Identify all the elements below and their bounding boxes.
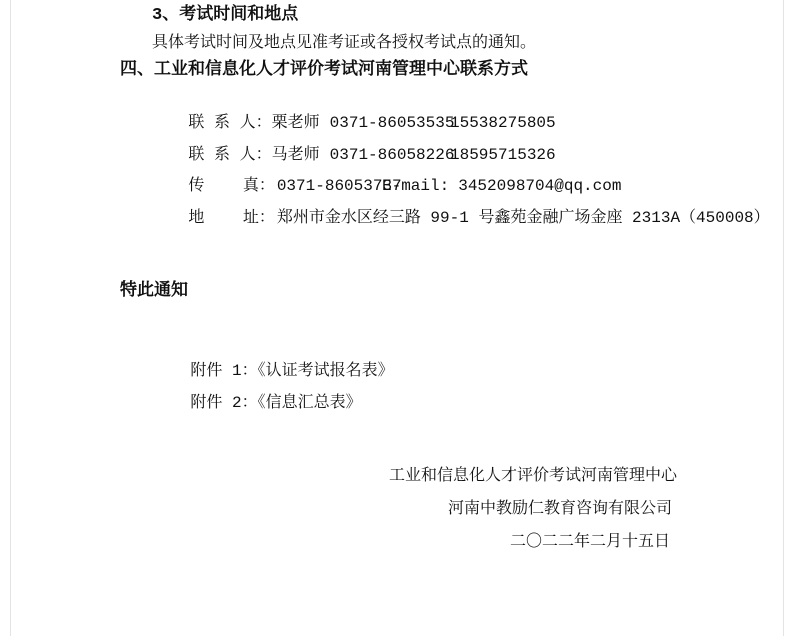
heading-contact-section: 四、工业和信息化人才评价考试河南管理中心联系方式 bbox=[120, 61, 528, 80]
signature-org-line-1: 工业和信息化人才评价考试河南管理中心 bbox=[389, 467, 677, 486]
page-left-edge-line bbox=[10, 0, 11, 636]
heading-exam-time-location: 3、考试时间和地点 bbox=[152, 6, 298, 25]
document-page: 3、考试时间和地点 具体考试时间及地点见准考证或各授权考试点的通知。 四、工业和… bbox=[0, 0, 794, 636]
signature-org-line-2: 河南中教励仁教育咨询有限公司 bbox=[448, 500, 672, 519]
signature-date: 二〇二二年二月十五日 bbox=[510, 533, 670, 552]
attachment-2-title: 《信息汇总表》 bbox=[258, 394, 362, 412]
address-row: 地 址：郑州市金水区经三路 99-1 号鑫苑金融广场金座 2313A（45000… bbox=[150, 190, 710, 247]
attachment-2: 附件 2：《信息汇总表》 bbox=[152, 375, 362, 432]
address-value: 郑州市金水区经三路 99-1 号鑫苑金融广场金座 2313A（450008） bbox=[277, 209, 770, 227]
exam-time-location-body: 具体考试时间及地点见准考证或各授权考试点的通知。 bbox=[152, 34, 536, 53]
address-label: 地 址： bbox=[188, 209, 274, 227]
notice-statement: 特此通知 bbox=[120, 282, 188, 301]
attachment-2-label: 附件 2： bbox=[190, 394, 257, 412]
page-right-edge-line bbox=[783, 0, 784, 636]
